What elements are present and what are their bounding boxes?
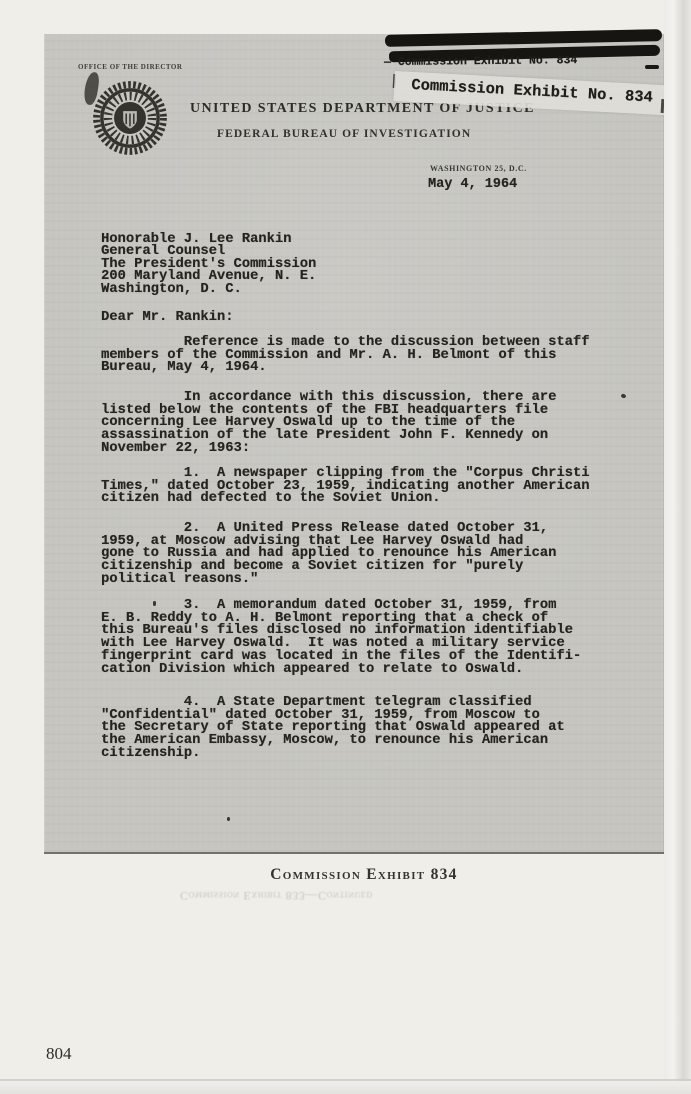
- letter-list-item: 2. A United Press Release dated October …: [101, 523, 556, 587]
- stray-dash-mark: [645, 65, 659, 69]
- recipient-address-block: Honorable J. Lee Rankin General Counsel …: [101, 234, 316, 296]
- exhibit-stamp-typed: — Commission Exhibit No. 834: [384, 54, 577, 69]
- letter-date: May 4, 1964: [428, 177, 517, 192]
- page-number: 804: [46, 1044, 72, 1064]
- bleedthrough-caption: Commission Exhibit 833—Continued: [180, 888, 440, 903]
- ink-speck: [153, 601, 156, 606]
- letter-list-item: 1. A newspaper clipping from the "Corpus…: [101, 468, 590, 506]
- scan-edge-shadow: [664, 0, 691, 1094]
- letter-list-item: 4. A State Department telegram classifie…: [101, 697, 565, 761]
- scanned-page: OFFICE OF THE DIRECTOR UNITED STATES DEP…: [0, 0, 691, 1094]
- place-line: WASHINGTON 25, D.C.: [430, 164, 527, 173]
- fbi-seal-icon: [92, 80, 168, 161]
- scan-edge-strip: [0, 1081, 691, 1094]
- exhibit-caption: Commission Exhibit 834: [184, 866, 544, 884]
- ink-speck: [620, 393, 626, 398]
- salutation: Dear Mr. Rankin:: [101, 312, 233, 325]
- ink-speck: [227, 817, 230, 821]
- letter-photostat: OFFICE OF THE DIRECTOR UNITED STATES DEP…: [44, 34, 664, 854]
- bureau-heading: FEDERAL BUREAU OF INVESTIGATION: [217, 128, 471, 140]
- office-of-director-line: OFFICE OF THE DIRECTOR: [78, 63, 182, 71]
- black-bar-top: [385, 29, 662, 47]
- exhibit-stamp-label: Commission Exhibit No. 834: [411, 76, 653, 107]
- letter-list-item: 3. A memorandum dated October 31, 1959, …: [101, 600, 581, 676]
- letter-paragraph: Reference is made to the discussion betw…: [101, 337, 590, 375]
- letter-paragraph: In accordance with this discussion, ther…: [101, 392, 556, 456]
